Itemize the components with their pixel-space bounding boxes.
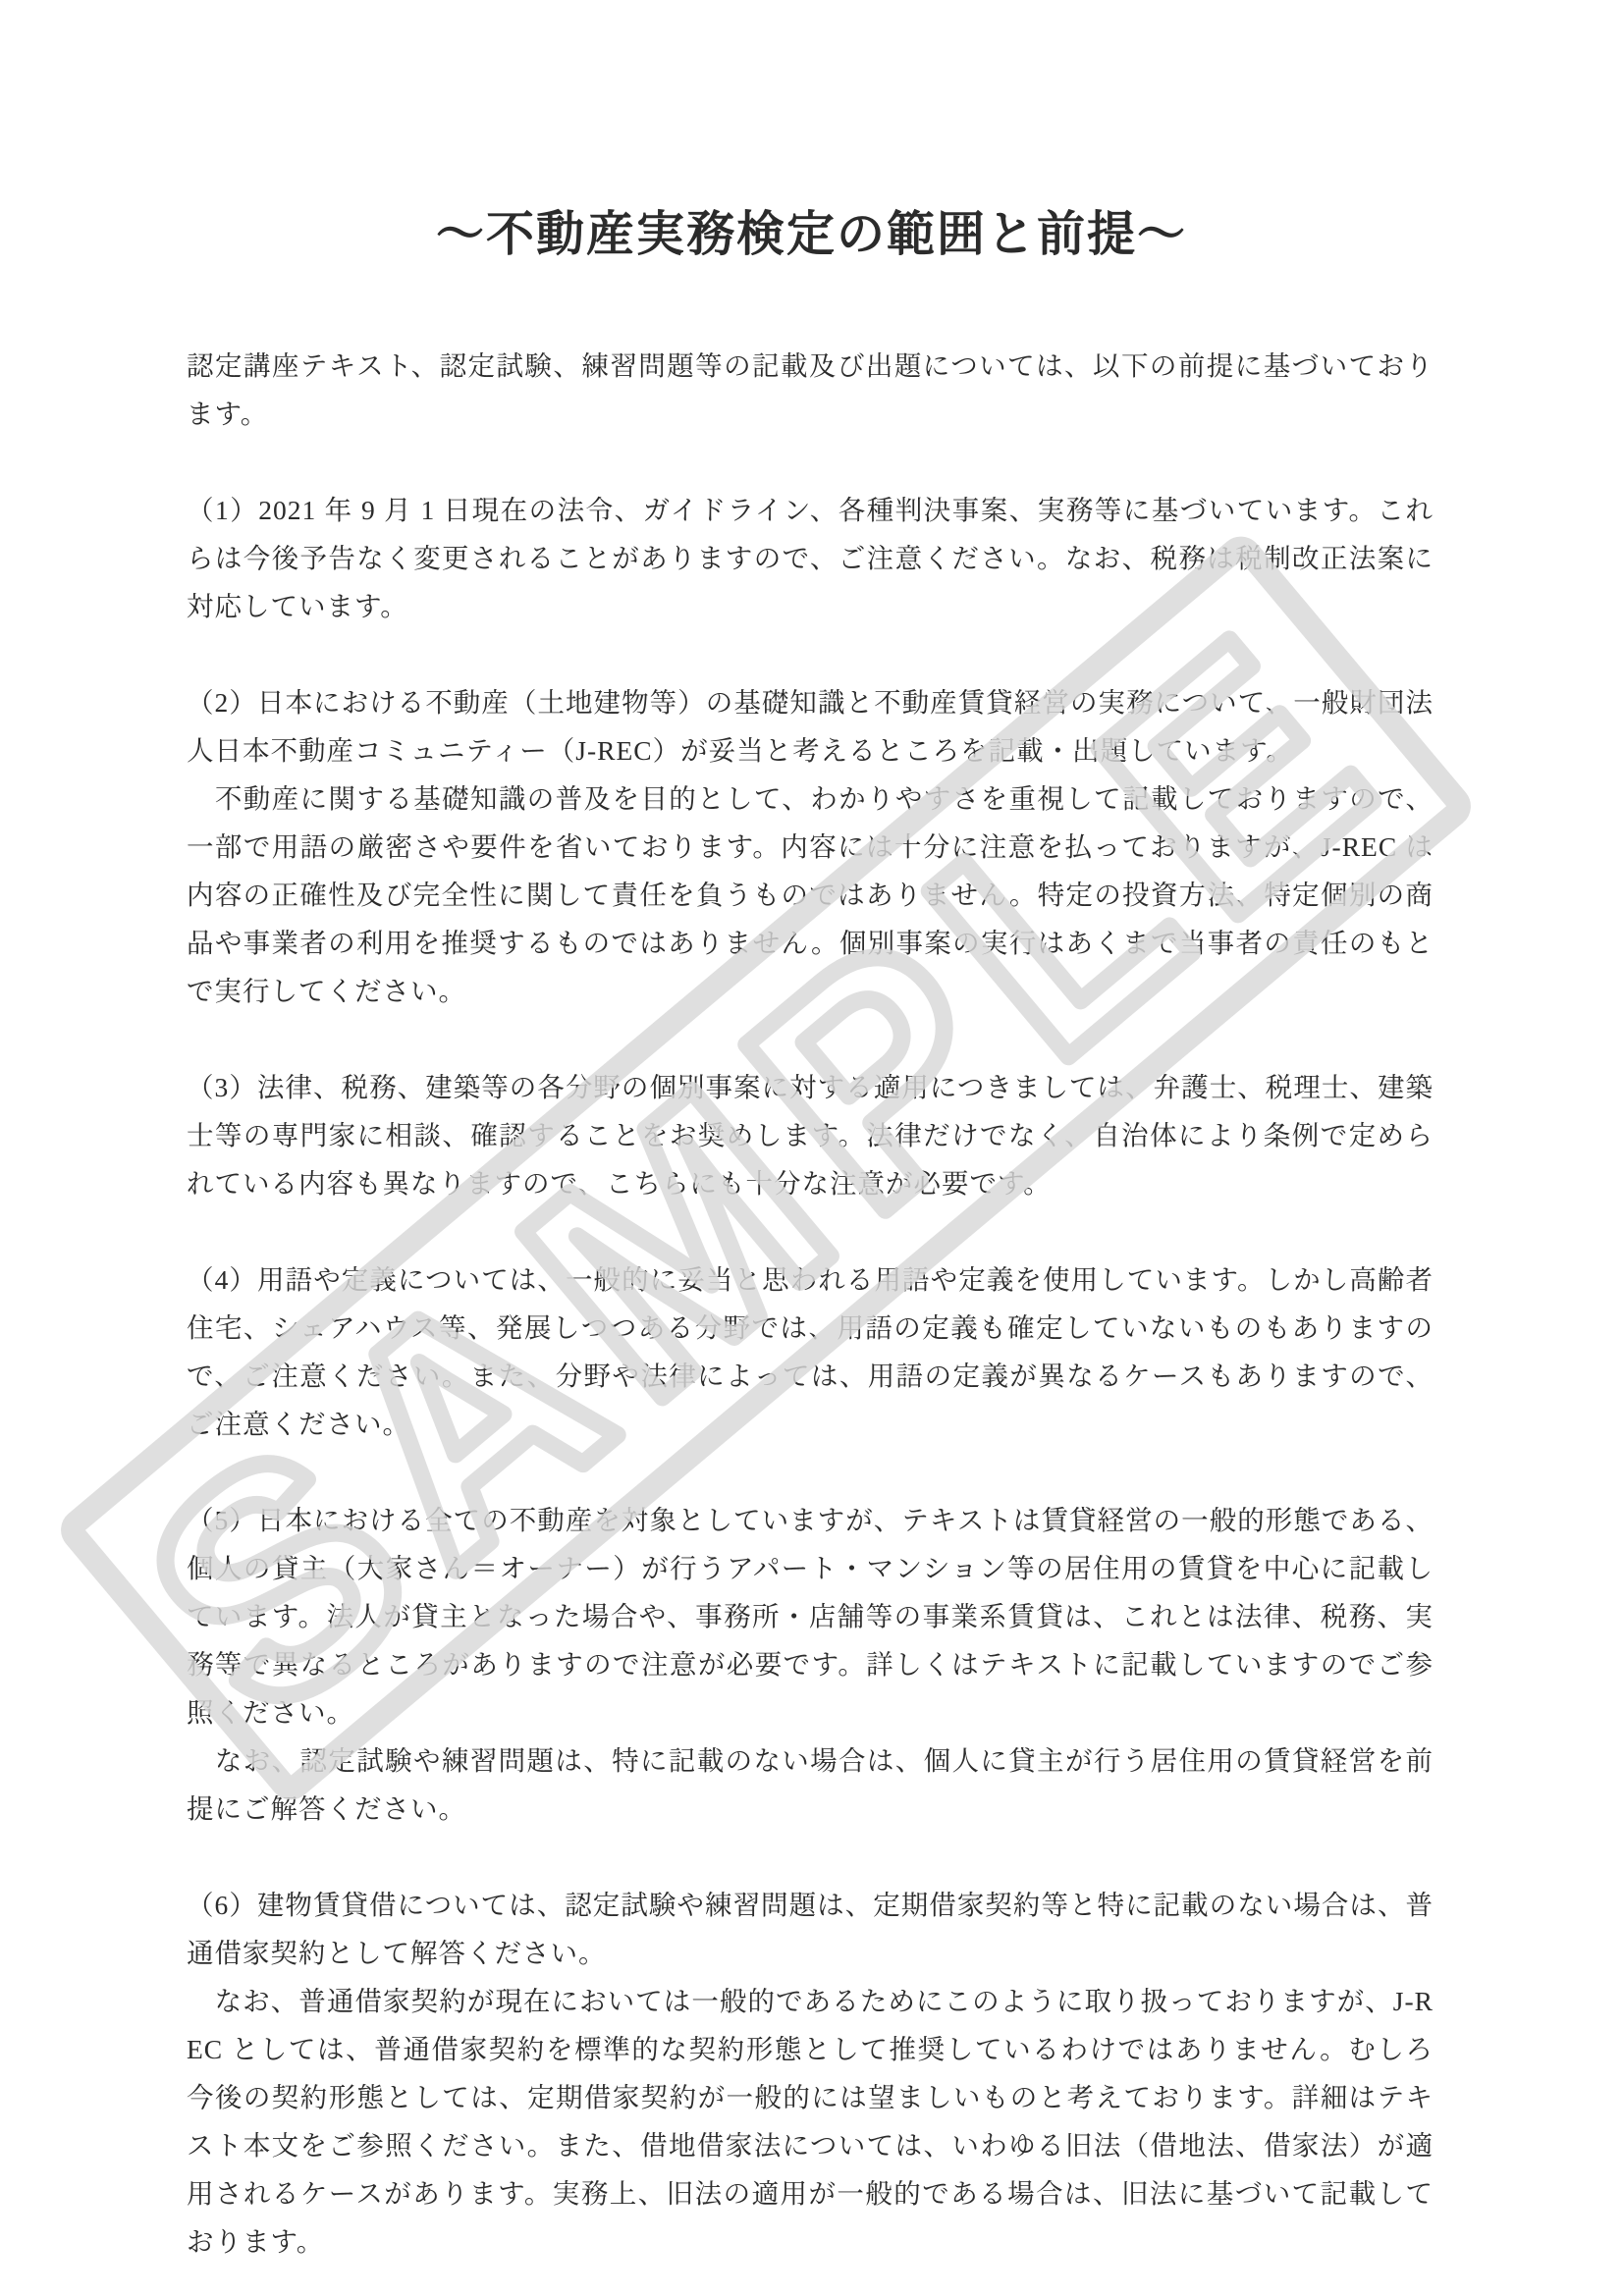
paragraph: なお、普通借家契約が現在においては一般的であるためにこのように取り扱っております… (187, 1977, 1434, 2266)
paragraph: なお、認定試験や練習問題は、特に記載のない場合は、個人に貸主が行う居住用の賃貸経… (187, 1736, 1434, 1833)
paragraph: （4）用語や定義については、一般的に妥当と思われる用語や定義を使用しています。し… (187, 1255, 1434, 1448)
paragraph: 不動産に関する基礎知識の普及を目的として、わかりやすさを重視して記載しております… (187, 774, 1434, 1015)
paragraph: （6）建物賃貸借については、認定試験や練習問題は、定期借家契約等と特に記載のない… (187, 1881, 1434, 1977)
document-body: 認定講座テキスト、認定試験、練習問題等の記載及び出題については、以下の前提に基づ… (187, 342, 1434, 2266)
document-page: 〜不動産実務検定の範囲と前提〜 認定講座テキスト、認定試験、練習問題等の記載及び… (0, 0, 1623, 2296)
paragraph: 認定講座テキスト、認定試験、練習問題等の記載及び出題については、以下の前提に基づ… (187, 342, 1434, 438)
page-title: 〜不動産実務検定の範囲と前提〜 (0, 206, 1623, 264)
paragraph: （1）2021 年 9 月 1 日現在の法令、ガイドライン、各種判決事案、実務等… (187, 486, 1434, 630)
paragraph: （2）日本における不動産（土地建物等）の基礎知識と不動産賃貸経営の実務について、… (187, 678, 1434, 774)
paragraph: （3）法律、税務、建築等の各分野の個別事案に対する適用につきましては、弁護士、税… (187, 1063, 1434, 1207)
paragraph: （5）日本における全ての不動産を対象としていますが、テキストは賃貸経営の一般的形… (187, 1496, 1434, 1736)
